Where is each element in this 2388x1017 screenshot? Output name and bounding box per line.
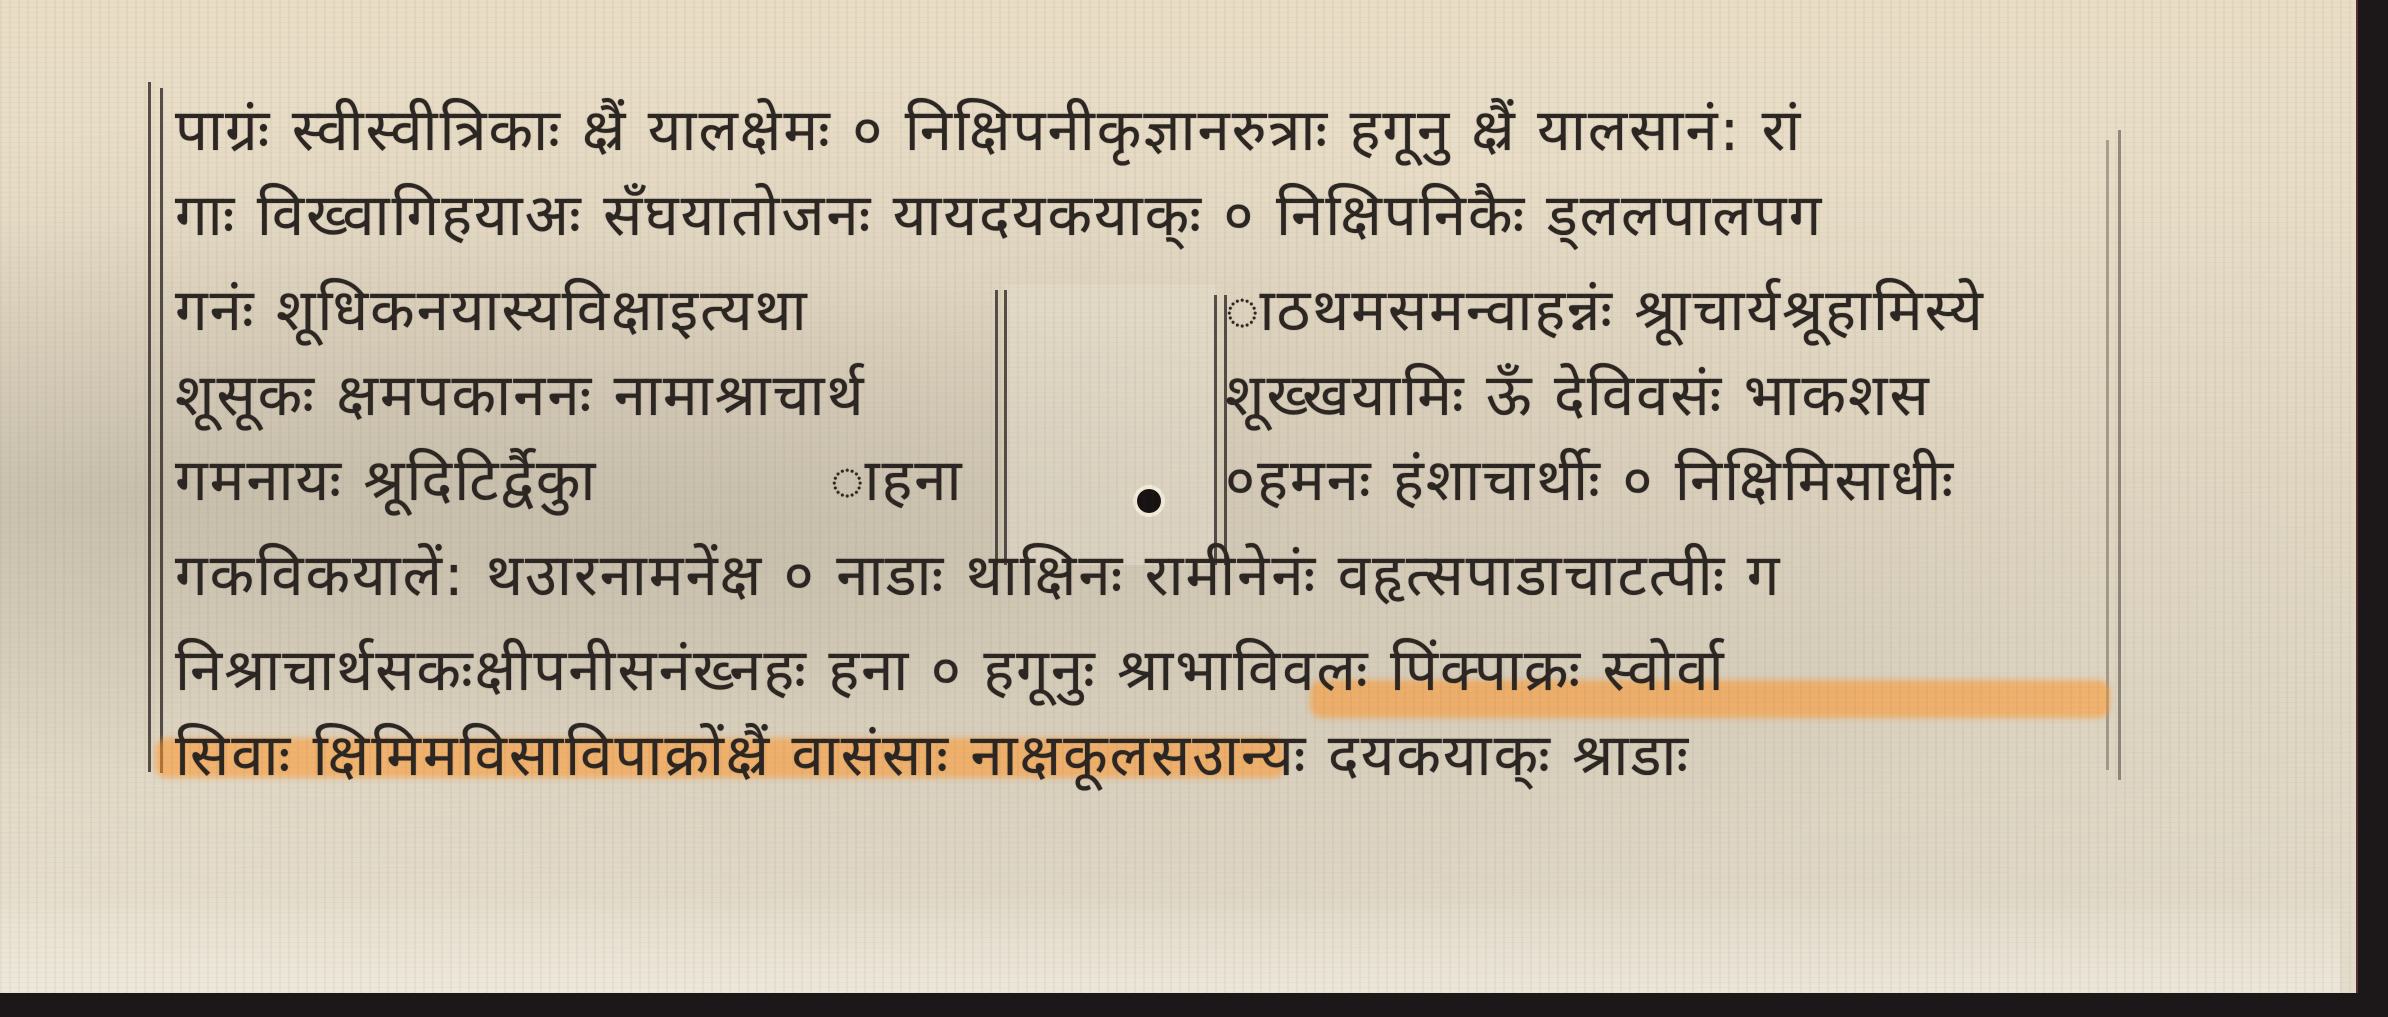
panel-left-rule: [995, 290, 998, 565]
text-line-2: गाः विख्वागिहयाअः सँघयातोजनः यायदयकयाक्ः…: [175, 180, 1823, 250]
binding-hole: [1137, 489, 1161, 513]
left-border-rule-inner: [160, 88, 163, 773]
text-line-4-right: शूख्खयामिः ऊँ देविवसंः भाकशस: [1225, 360, 1931, 430]
text-line-4-left: शूसूकः क्षमपकाननः नामाश्राचार्थ: [175, 360, 866, 430]
text-line-7: निश्राचार्थसकःक्षीपनीसनंख्नहः हना ० हगून…: [175, 635, 1726, 705]
text-line-6: गकविकयालें: थउारनामनेंक्ष ० नाडाः थाक्षि…: [175, 540, 1781, 610]
text-line-5-left: गमनायः श्रूदिटिर्द्वैकुा: [175, 445, 597, 515]
right-border-rule-inner: [2106, 140, 2109, 770]
page-lower-margin: [0, 895, 2340, 993]
right-border-rule: [2118, 130, 2121, 780]
left-border-rule: [148, 82, 151, 772]
central-blank-panel: [1005, 285, 1217, 565]
text-line-1: पाग्रंः स्वीस्वीत्रिकाः क्ष्रैं यालक्षेम…: [175, 95, 1802, 165]
text-line-3-left: गनंः शूधिकनयास्यविक्षाइत्यथा: [175, 275, 809, 345]
text-line-3-right: ाठथमसमन्वाहन्नंः श्रूाचार्यश्रूहामिस्ये: [1225, 275, 1985, 345]
text-line-5-right: ०हमनः हंशाचार्थीः ० निक्षिमिसाधीः: [1225, 445, 1955, 515]
panel-right-rule: [1214, 295, 1217, 565]
panel-left-rule-inner: [1004, 290, 1007, 565]
text-line-5-left-end: ाहना: [830, 445, 963, 515]
text-line-8: सिवाः क्षिमिमविसाविपाक्रोंक्ष्रैं वासंसा…: [175, 720, 1690, 790]
manuscript-folio: पाग्रंः स्वीस्वीत्रिकाः क्ष्रैं यालक्षेम…: [0, 0, 2358, 993]
